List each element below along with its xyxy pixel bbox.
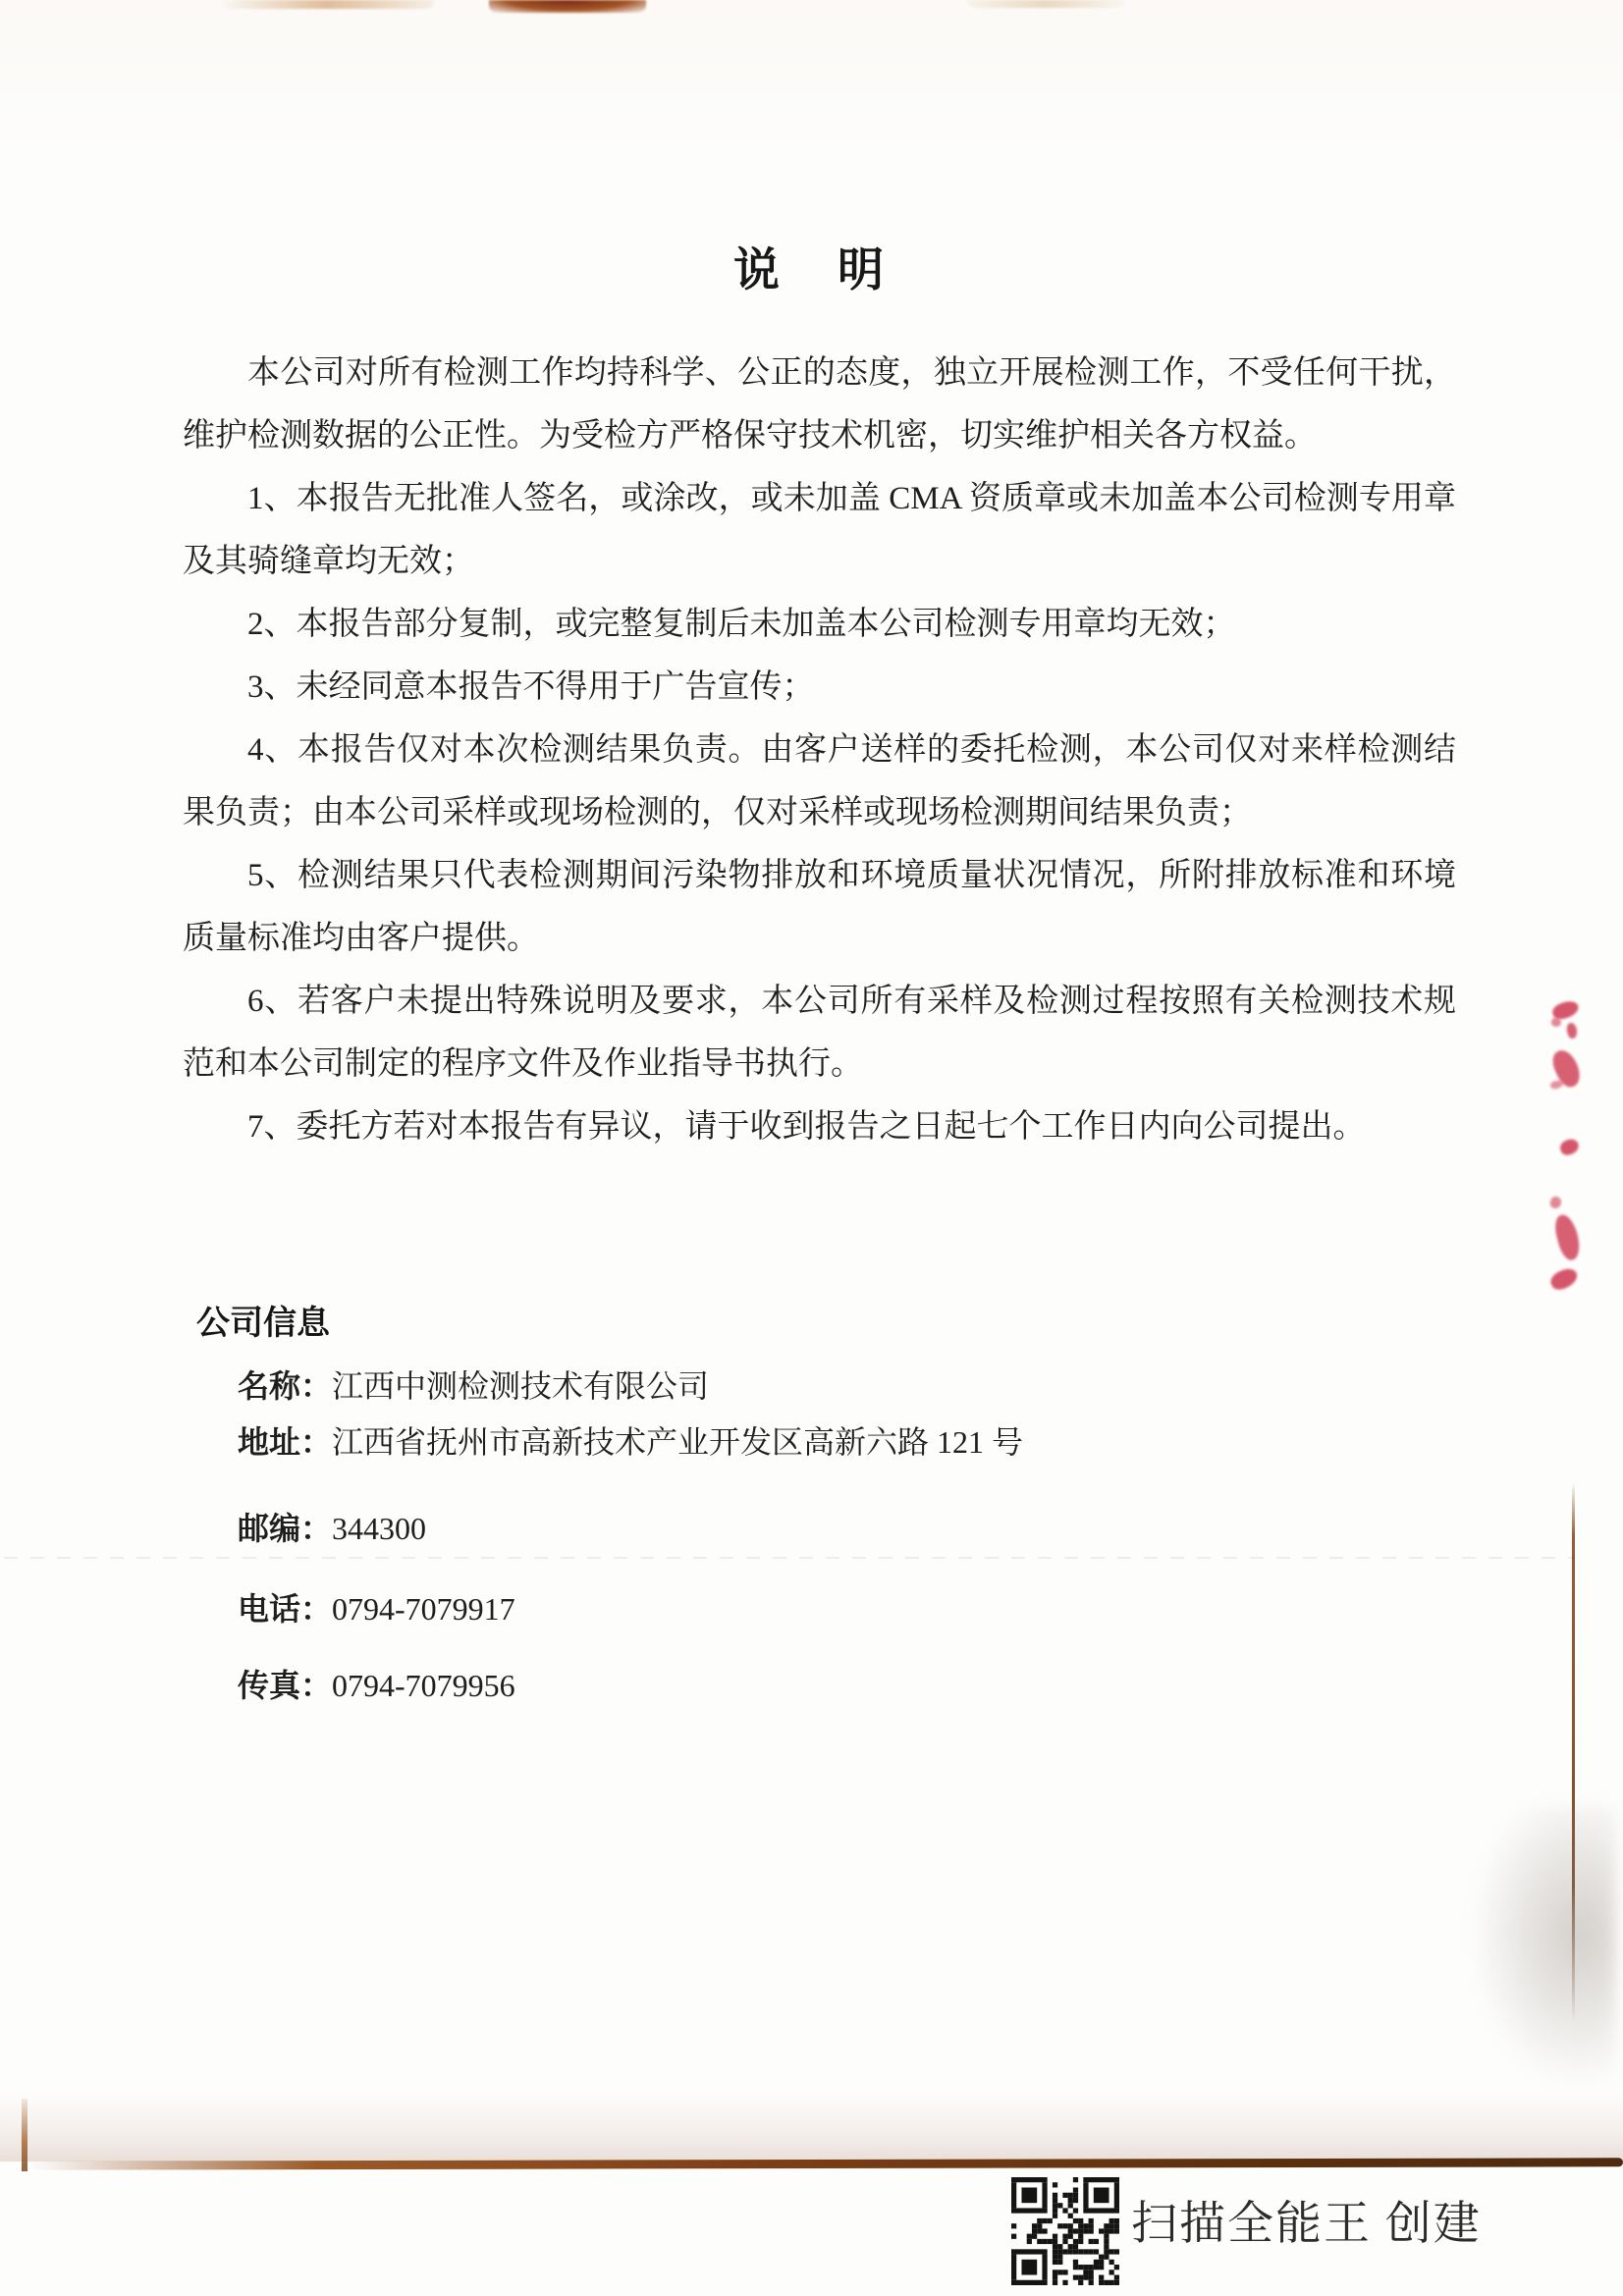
company-zip-row: 邮编：344300 [238,1509,1276,1548]
company-address-value: 江西省抚州市高新技术产业开发区高新六路 121 号 [332,1424,1023,1460]
red-ink-mark [1548,1265,1581,1293]
intro-paragraph: 本公司对所有检测工作均持科学、公正的态度，独立开展检测工作，不受任何干扰，维护检… [183,342,1456,467]
camscanner-qr-icon [1011,2177,1119,2285]
note-item-2: 2、本报告部分复制，或完整复制后未加盖本公司检测专用章均无效； [183,593,1456,656]
red-ink-mark [1549,1080,1563,1091]
paper-edge-tick [22,2099,27,2171]
company-address-label: 地址： [238,1424,332,1460]
company-name-label: 名称： [238,1368,332,1404]
company-phone-value: 0794-7079917 [332,1591,515,1627]
note-item-6: 6、若客户未提出特殊说明及要求，本公司所有采样及检测过程按照有关检测技术规范和本… [183,970,1456,1095]
note-item-1: 1、本报告无批准人签名，或涂改，或未加盖 CMA 资质章或未加盖本公司检测专用章… [183,467,1456,593]
scan-smudge-artifact [489,0,646,13]
company-fax-row: 传真：0794-7079956 [238,1666,1276,1705]
company-phone-label: 电话： [238,1591,332,1627]
company-name-row: 名称：江西中测检测技术有限公司 [238,1366,1276,1406]
note-item-4: 4、本报告仅对本次检测结果负责。由客户送样的委托检测，本公司仅对来样检测结果负责… [183,719,1456,844]
scan-smudge-artifact [967,0,1124,8]
note-item-5: 5、检测结果只代表检测期间污染物排放和环境质量状况情况，所附排放标准和环境质量标… [183,844,1456,970]
paper-edge-line [29,2158,1623,2169]
scanned-document-page: 说 明 本公司对所有检测工作均持科学、公正的态度，独立开展检测工作，不受任何干扰… [0,0,1623,2296]
red-ink-mark [1566,1022,1579,1039]
company-zip-label: 邮编： [238,1511,332,1546]
note-item-3: 3、未经同意本报告不得用于广告宣传； [183,656,1456,719]
company-info-section: 公司信息 名称：江西中测检测技术有限公司 地址：江西省抚州市高新技术产业开发区高… [196,1302,1276,1705]
notes-body: 本公司对所有检测工作均持科学、公正的态度，独立开展检测工作，不受任何干扰，维护检… [183,342,1456,1158]
company-fax-label: 传真： [238,1668,332,1703]
red-ink-mark [1558,1137,1581,1157]
scan-smudge-artifact [220,0,434,9]
note-item-7: 7、委托方若对本报告有异议，请于收到报告之日起七个工作日内向公司提出。 [183,1095,1456,1158]
page-title: 说 明 [0,234,1623,299]
red-ink-mark [1549,1196,1563,1209]
company-info-heading: 公司信息 [196,1302,1276,1345]
company-info-rows: 名称：江西中测检测技术有限公司 地址：江西省抚州市高新技术产业开发区高新六路 1… [196,1366,1276,1705]
company-fax-value: 0794-7079956 [332,1668,515,1703]
company-address-row: 地址：江西省抚州市高新技术产业开发区高新六路 121 号 [238,1422,1276,1462]
paper-edge-vertical-line [1572,1482,1575,2022]
company-zip-value: 344300 [332,1511,426,1546]
company-name-value: 江西中测检测技术有限公司 [332,1368,709,1404]
company-phone-row: 电话：0794-7079917 [238,1589,1276,1629]
red-ink-mark [1551,1212,1583,1262]
scanner-watermark-label: 扫描全能王 创建 [1131,2195,1482,2254]
underlying-paper-band [0,2093,1623,2162]
scan-shadow-artifact [1469,1806,1616,2091]
